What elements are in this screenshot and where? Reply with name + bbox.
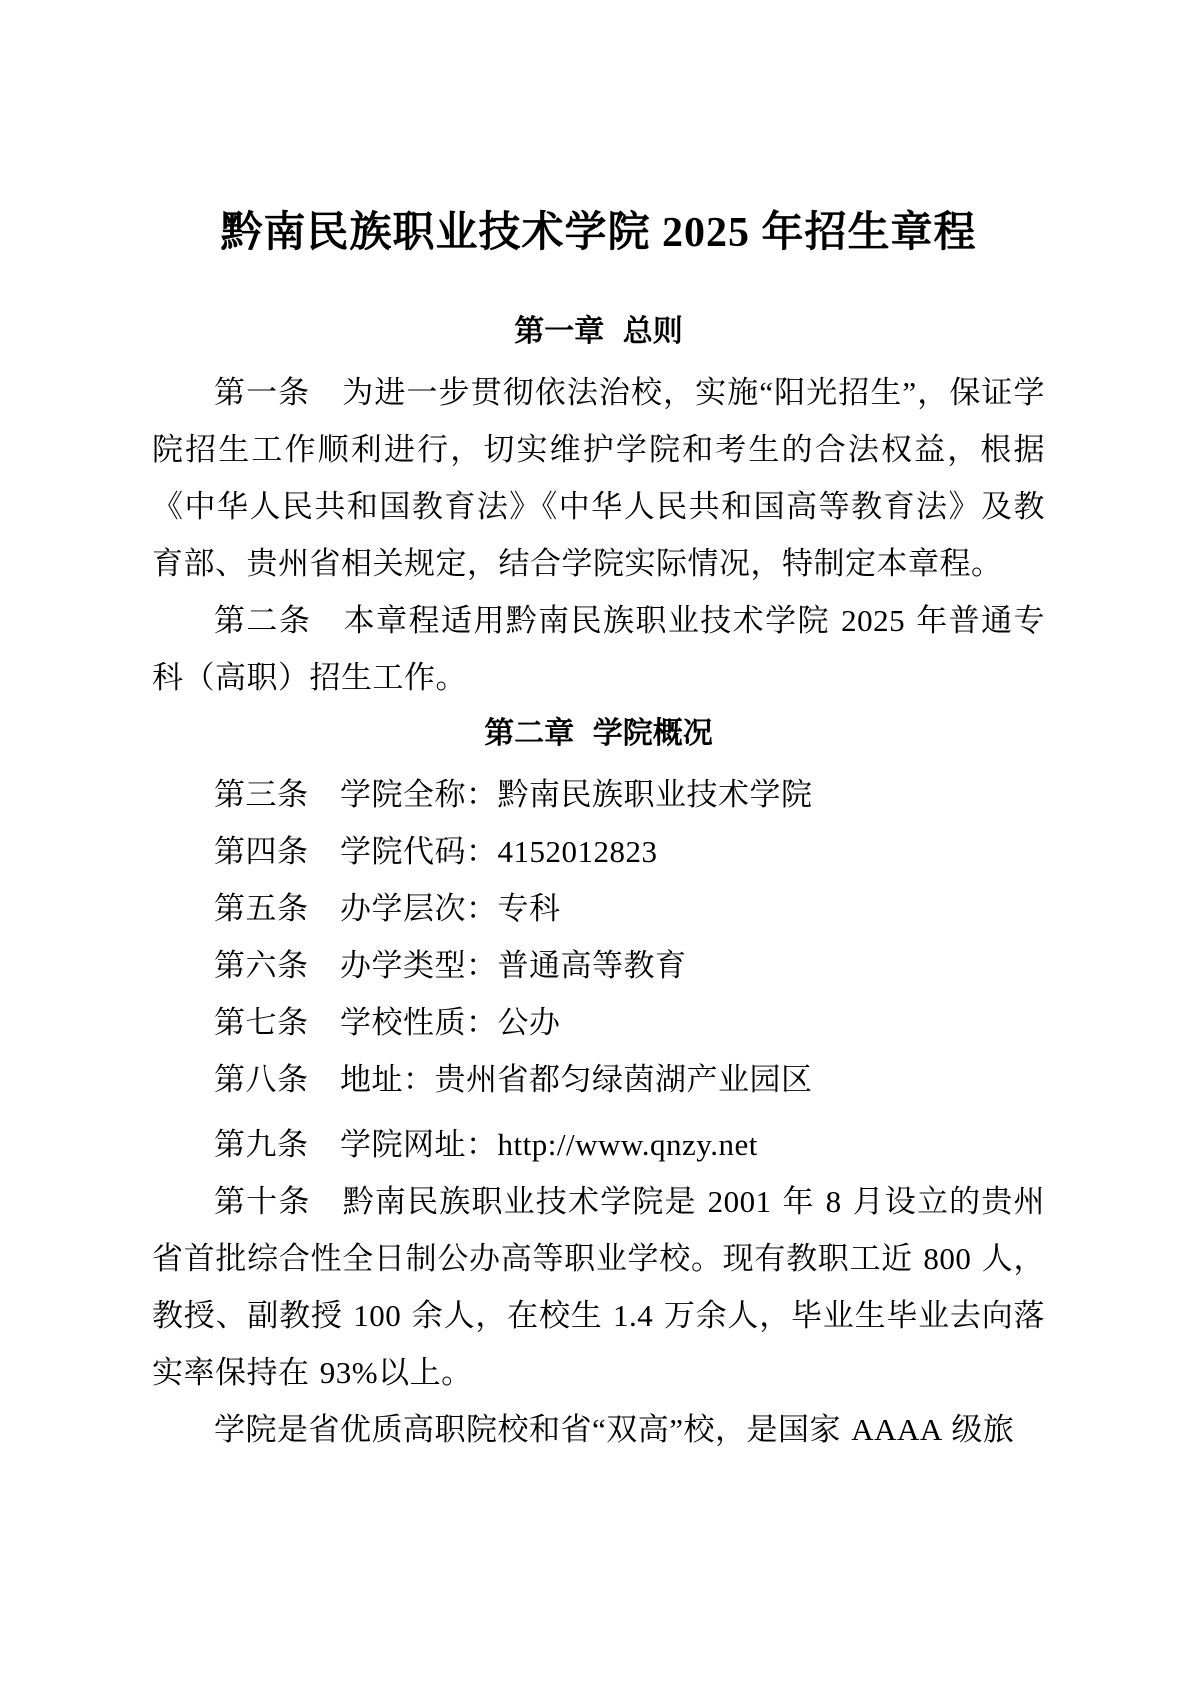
document-page: 黔南民族职业技术学院 2025 年招生章程 第一章 总则 第一条 为进一步贯彻依…: [0, 0, 1191, 1684]
article-1-paragraph: 第一条 为进一步贯彻依法治校，实施“阳光招生”，保证学院招生工作顺利进行，切实维…: [152, 364, 1045, 592]
chapter-2-heading: 第二章 学院概况: [152, 712, 1045, 756]
document-title-text: 黔南民族职业技术学院 2025 年招生章程: [220, 210, 976, 256]
article-7-paragraph: 第七条 学校性质：公办: [152, 994, 1045, 1051]
article-4-paragraph: 第四条 学院代码：4152012823: [152, 823, 1045, 880]
article-10-paragraph: 第十条 黔南民族职业技术学院是 2001 年 8 月设立的贵州省首批综合性全日制…: [152, 1173, 1045, 1401]
chapter-1-heading: 第一章 总则: [152, 310, 1045, 354]
article-3-paragraph: 第三条 学院全称：黔南民族职业技术学院: [152, 766, 1045, 823]
article-2-paragraph: 第二条 本章程适用黔南民族职业技术学院 2025 年普通专科（高职）招生工作。: [152, 592, 1045, 706]
article-5-paragraph: 第五条 办学层次：专科: [152, 880, 1045, 937]
article-10-continuation-paragraph: 学院是省优质高职院校和省“双高”校，是国家 AAAA 级旅: [152, 1401, 1045, 1458]
article-9-paragraph: 第九条 学院网址：http://www.qnzy.net: [152, 1116, 1045, 1173]
article-6-paragraph: 第六条 办学类型：普通高等教育: [152, 937, 1045, 994]
document-title: 黔南民族职业技术学院 2025 年招生章程: [152, 205, 1045, 261]
article-8-paragraph: 第八条 地址：贵州省都匀绿茵湖产业园区: [152, 1051, 1045, 1108]
